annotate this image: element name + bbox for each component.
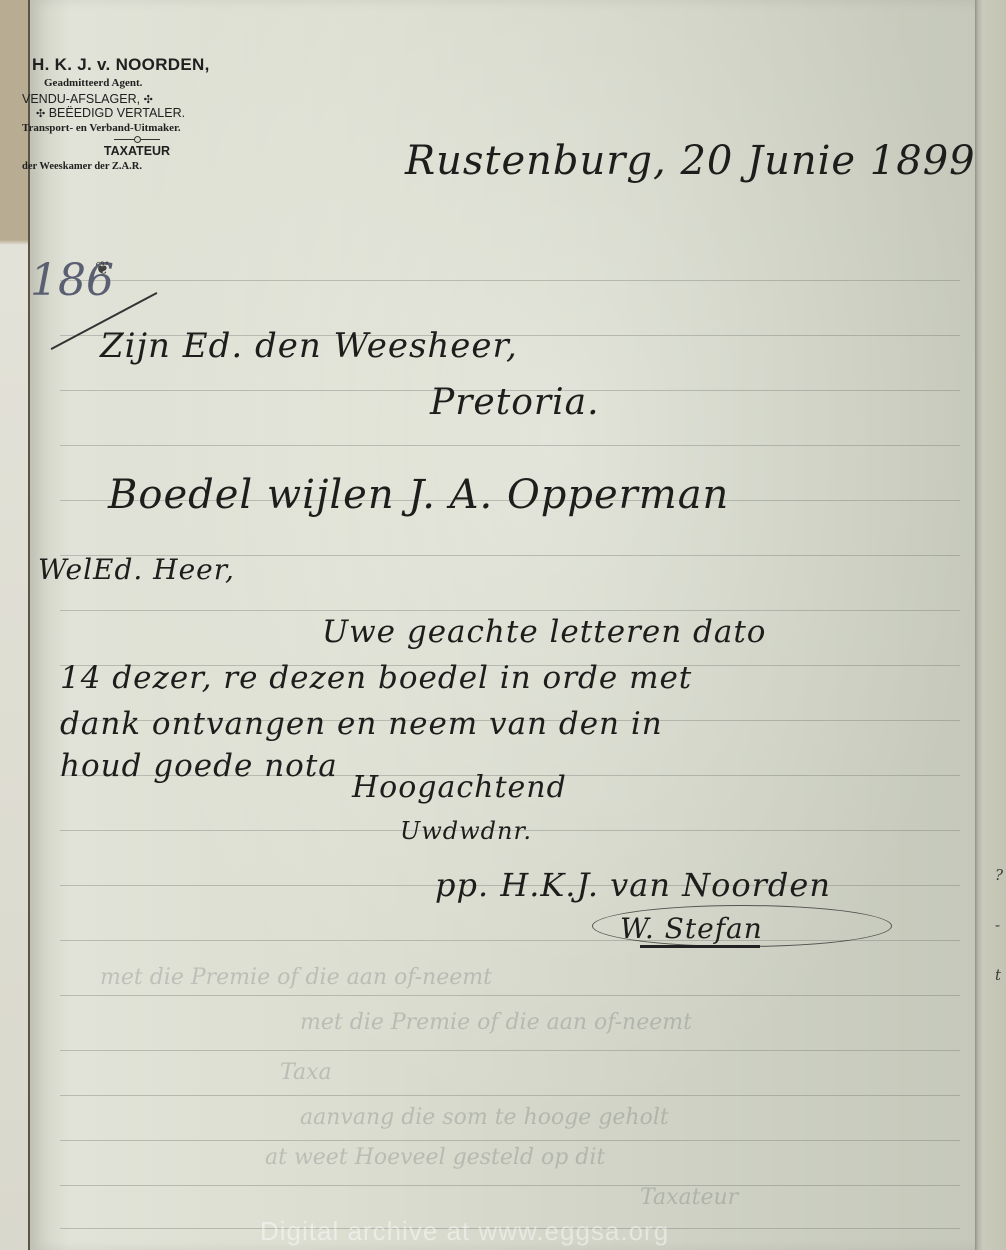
show-through-line: met die Premie of die aan of-neemt	[100, 965, 492, 990]
ruled-line	[60, 280, 960, 281]
letterhead-divider	[114, 139, 160, 140]
body-line: Uwe geachte letteren dato	[322, 614, 766, 650]
addressee-line-2: Pretoria.	[430, 382, 600, 423]
ruled-line	[60, 1050, 960, 1051]
ruled-line	[60, 610, 960, 611]
place-date: Rustenburg, 20 Junie 1899	[405, 138, 976, 184]
letterhead-line-conveyancer: Transport- en Verband-Uitmaker.	[22, 120, 252, 137]
letterhead: H. K. J. v. NOORDEN, Geadmitteerd Agent.…	[22, 55, 252, 175]
right-margin-marks: ? - t	[995, 850, 1006, 1000]
show-through-line: Taxa	[280, 1060, 332, 1085]
letterhead-line-agent: Geadmitteerd Agent.	[34, 75, 252, 92]
margin-mark: t	[995, 950, 1006, 1000]
ornament-icon: ✣	[144, 93, 153, 106]
signature-underline	[640, 945, 760, 948]
stamp-icon: ❦	[95, 258, 110, 279]
letterhead-name: H. K. J. v. NOORDEN,	[22, 55, 252, 75]
margin-mark: -	[995, 900, 1006, 950]
closing-title: Uwdwdnr.	[400, 817, 532, 845]
letterhead-subtitle: der Weeskamer der Z.A.R.	[22, 158, 252, 175]
ornament-icon: ✣	[36, 107, 45, 120]
document-scan: ? - t met die Premie of die aan of-neemt…	[0, 0, 1006, 1250]
letterhead-title: TAXATEUR	[22, 144, 252, 158]
ruled-line	[60, 1185, 960, 1186]
ruled-line	[60, 995, 960, 996]
adjacent-page	[0, 0, 30, 1250]
closing: Hoogachtend	[352, 770, 567, 805]
letterhead-translator-text: BEËEDIGD VERTALER.	[49, 106, 185, 120]
signature-company: pp. H.K.J. van Noorden	[435, 866, 831, 904]
page-edge-right	[975, 0, 1006, 1250]
body-line: houd goede nota	[60, 748, 338, 784]
ruled-line	[60, 1140, 960, 1141]
watermark: Digital archive at www.eggsa.org	[260, 1216, 669, 1247]
show-through-line: met die Premie of die aan of-neemt	[300, 1010, 692, 1035]
body-line: dank ontvangen en neem van den in	[60, 706, 663, 742]
body-line: 14 dezer, re dezen boedel in orde met	[60, 660, 692, 696]
estate-subject: Boedel wijlen J. A. Opperman	[108, 472, 729, 518]
show-through-line: aanvang die som te hooge geholt	[300, 1105, 669, 1130]
letterhead-line-translator: ✣ BEËEDIGD VERTALER.	[22, 106, 252, 120]
addressee-line-1: Zijn Ed. den Weesheer,	[100, 326, 518, 366]
ruled-line	[60, 445, 960, 446]
salutation: WelEd. Heer,	[38, 553, 235, 586]
ruled-line	[60, 1095, 960, 1096]
show-through-line: Taxateur	[640, 1185, 738, 1210]
show-through-line: at weet Hoeveel gesteld op dit	[265, 1145, 605, 1170]
letterhead-line-auctioneer: VENDU-AFSLAGER, ✣	[22, 92, 252, 106]
letterhead-auctioneer-text: VENDU-AFSLAGER,	[22, 92, 140, 106]
margin-mark: ?	[995, 850, 1006, 900]
signature-name: W. Stefan	[620, 912, 763, 945]
